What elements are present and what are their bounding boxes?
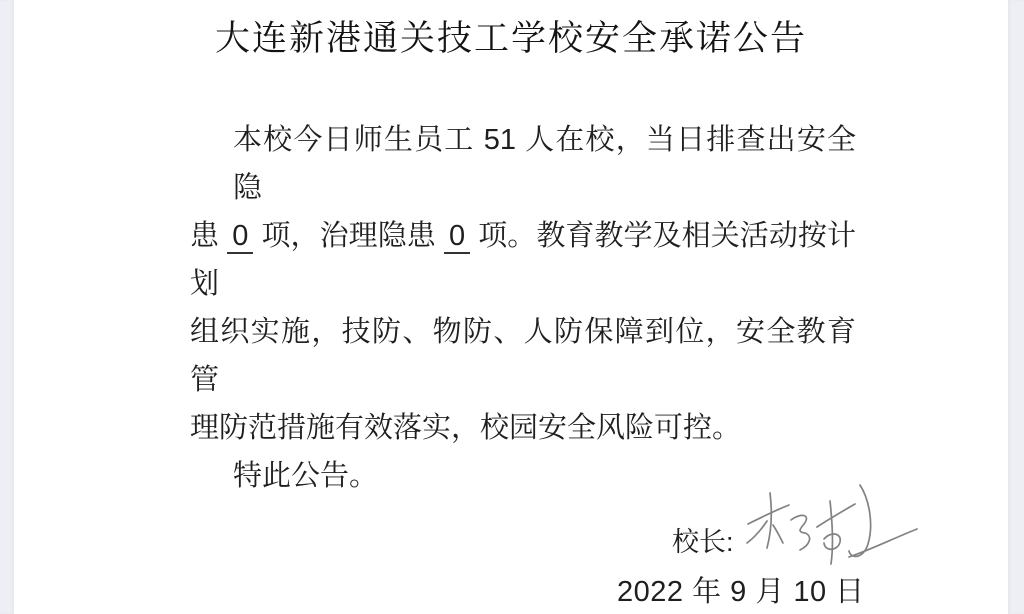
body-line-2-seg1: 患 xyxy=(190,220,219,252)
body-line-4: 理防范措施有效落实，校园安全风险可控。 xyxy=(190,404,856,452)
hazards-treated-count: 0 xyxy=(444,220,470,254)
body-line-2: 患 0 项，治理隐患 0 项。教育教学及相关活动按计划 xyxy=(190,212,856,308)
hazards-found-count: 0 xyxy=(227,220,253,254)
page-edge-right xyxy=(1008,0,1024,614)
closing-text: 特此公告。 xyxy=(233,460,378,492)
principal-signature xyxy=(720,463,920,573)
document-page: 大连新港通关技工学校安全承诺公告 本校今日师生员工 51 人在校，当日排查出安全… xyxy=(0,0,1024,614)
body-line-4-text: 理防范措施有效落实，校园安全风险可控。 xyxy=(190,412,741,444)
page-title: 大连新港通关技工学校安全承诺公告 xyxy=(14,11,1008,61)
body-line-3: 组织实施，技防、物防、人防保障到位，安全教育管 xyxy=(190,308,856,404)
body-line-1: 本校今日师生员工 51 人在校，当日排查出安全隐 xyxy=(190,116,856,212)
body-line-3-text: 组织实施，技防、物防、人防保障到位，安全教育管 xyxy=(190,316,856,396)
announcement-date: 2022 年 9 月 10 日 xyxy=(617,569,865,610)
body-line-2-seg2: 项，治理隐患 xyxy=(261,220,435,252)
body-line-1-text: 本校今日师生员工 51 人在校，当日排查出安全隐 xyxy=(233,124,856,204)
page-edge-left xyxy=(0,0,14,614)
announcement-body: 本校今日师生员工 51 人在校，当日排查出安全隐 患 0 项，治理隐患 0 项。… xyxy=(190,116,856,500)
